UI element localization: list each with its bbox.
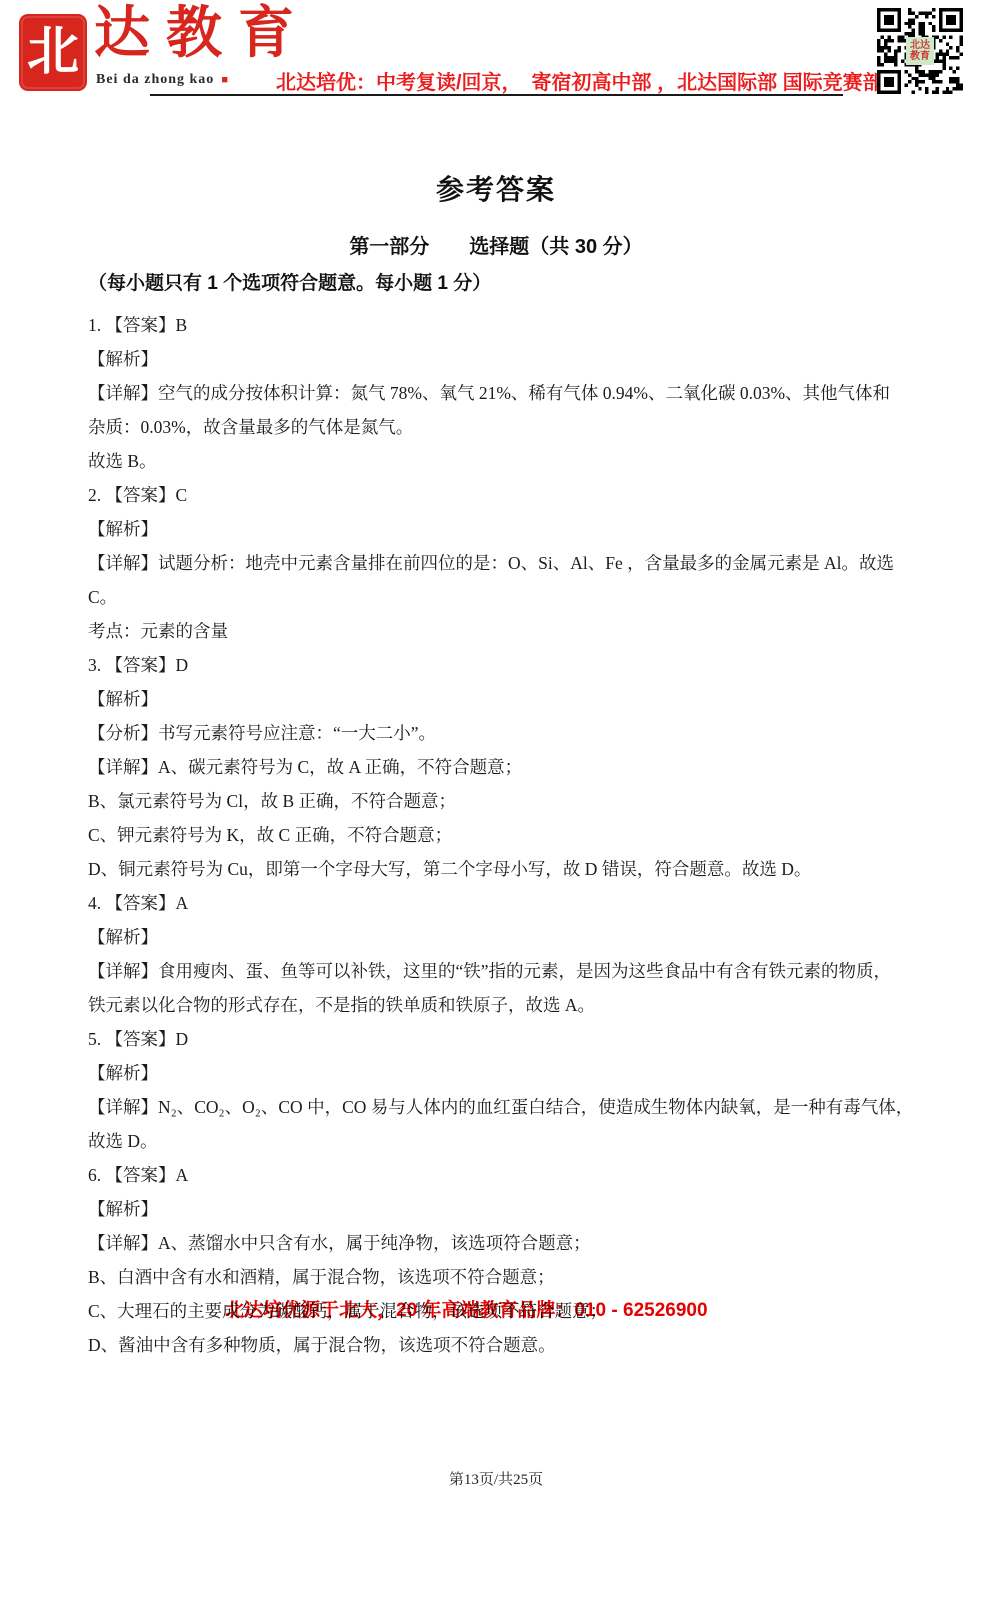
text-line: 【解析】: [88, 682, 928, 716]
text-line: 5. 【答案】D: [88, 1022, 928, 1056]
text-line: D、酱油中含有多种物质，属于混合物，该选项不符合题意。: [88, 1328, 928, 1362]
text-line: 1. 【答案】B: [88, 308, 928, 342]
answer-lines: 1. 【答案】B【解析】【详解】空气的成分按体积计算：氮气 78%、氧气 21%…: [88, 308, 928, 1362]
text-line: 杂质：0.03%，故含量最多的气体是氮气。: [88, 410, 928, 444]
brand-seal: 北: [21, 16, 85, 89]
text-line: 【解析】: [88, 512, 928, 546]
watermark: 北达培优源于北大，20 年高端教育品牌：010 - 62526900: [225, 1296, 708, 1326]
text-line: C、钾元素符号为 K，故 C 正确，不符合题意；: [88, 818, 928, 852]
text-line: C。: [88, 580, 928, 614]
text-line: 2. 【答案】C: [88, 478, 928, 512]
header-divider: [150, 94, 843, 96]
text-line: 【详解】空气的成分按体积计算：氮气 78%、氧气 21%、稀有气体 0.94%、…: [88, 376, 928, 410]
text-line: 4. 【答案】A: [88, 886, 928, 920]
section-heading: 第一部分 选择题（共 30 分）: [0, 230, 992, 259]
text-line: 故选 D。: [88, 1124, 928, 1158]
text-line: B、氯元素符号为 Cl，故 B 正确，不符合题意；: [88, 784, 928, 818]
text-line: 故选 B。: [88, 444, 928, 478]
text-line: 【详解】食用瘦肉、蛋、鱼等可以补铁，这里的“铁”指的元素，是因为这些食品中有含有…: [88, 954, 928, 988]
text-line: B、白酒中含有水和酒精，属于混合物，该选项不符合题意；: [88, 1260, 928, 1294]
text-line: 【详解】A、碳元素符号为 C，故 A 正确，不符合题意；: [88, 750, 928, 784]
text-line: 【详解】A、蒸馏水中只含有水，属于纯净物，该选项符合题意；: [88, 1226, 928, 1260]
text-line: 【分析】书写元素符号应注意：“一大二小”。: [88, 716, 928, 750]
document-title: 参考答案: [0, 168, 992, 208]
text-line: D、铜元素符号为 Cu，即第一个字母大写，第二个字母小写，故 D 错误，符合题意…: [88, 852, 928, 886]
header-slogan: 北达培优：中考复读/回京， 寄宿初高中部 ，北达国际部 国际竞赛部: [276, 66, 883, 95]
qr-center-badge: 北达 教育: [906, 37, 934, 65]
text-line: 3. 【答案】D: [88, 648, 928, 682]
qr-badge-line1: 北达: [910, 40, 930, 51]
brand-subtitle: Bei da zhong kao■: [96, 72, 229, 88]
red-square-marker: ■: [221, 74, 229, 86]
text-line: 6. 【答案】A: [88, 1158, 928, 1192]
text-line: 【解析】: [88, 342, 928, 376]
text-line: 【解析】: [88, 920, 928, 954]
brand-seal-character: 北: [27, 27, 79, 79]
intro-note: （每小题只有 1 个选项符合题意。每小题 1 分）: [88, 268, 491, 295]
page-header: 北 达教育 Bei da zhong kao■ 北达培优：中考复读/回京， 寄宿…: [0, 0, 992, 110]
brand-name: 达教育: [94, 4, 310, 66]
qr-badge-line2: 教育: [910, 51, 930, 62]
brand-subtitle-text: Bei da zhong kao: [96, 72, 214, 87]
text-line: 【详解】试题分析：地壳中元素含量排在前四位的是：O、Si、Al、Fe ，含量最多…: [88, 546, 928, 580]
text-line: 【解析】: [88, 1056, 928, 1090]
text-line: 【解析】: [88, 1192, 928, 1226]
text-line: 考点：元素的含量: [88, 614, 928, 648]
text-line: 铁元素以化合物的形式存在，不是指的铁单质和铁原子，故选 A。: [88, 988, 928, 1022]
qr-code-icon: 北达 教育: [877, 8, 963, 94]
page-number: 第13页/共25页: [0, 1468, 992, 1489]
text-line: 【详解】N₂、CO₂、O₂、CO 中，CO 易与人体内的血红蛋白结合，使造成生物…: [88, 1090, 928, 1124]
